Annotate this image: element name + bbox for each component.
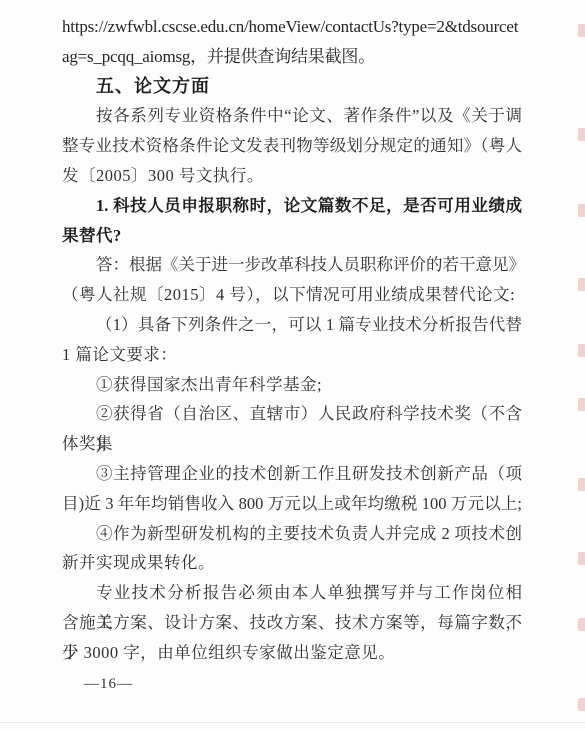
condition-item-2: ②获得省（自治区、直辖市）人民政府科学技术奖（不含集 — [62, 399, 522, 429]
scan-artifact-mark — [578, 204, 585, 217]
paragraph-line: 按各系列专业资格条件中“论文、著作条件”以及《关于调 — [62, 101, 522, 131]
url-line-1: https://zwfwbl.cscse.edu.cn/homeView/con… — [62, 12, 522, 42]
closing-paragraph: 含施工方案、设计方案、技改方案、技术方案等，每篇字数不少 — [62, 608, 522, 638]
condition-intro-line: 1 篇论文要求： — [62, 340, 522, 370]
question-line-2: 果替代? — [62, 221, 522, 251]
scan-artifact-mark — [578, 698, 585, 711]
condition-item-4: ④作为新型研发机构的主要技术负责人并完成 2 项技术创 — [62, 519, 522, 549]
document-scan-page: https://zwfwbl.cscse.edu.cn/homeView/con… — [0, 0, 585, 730]
condition-item-4-cont: 新并实现成果转化。 — [62, 548, 522, 578]
url-line-2: ag=s_pcqq_aiomsg，并提供查询结果截图。 — [62, 42, 522, 72]
answer-line: 答：根据《关于进一步改革科技人员职称评价的若干意见》 — [62, 250, 522, 280]
scan-artifact-mark — [578, 24, 585, 37]
question-line-1: 1. 科技人员申报职称时，论文篇数不足，是否可用业绩成 — [62, 191, 522, 221]
condition-intro-line: （1）具备下列条件之一，可以 1 篇专业技术分析报告代替 — [62, 310, 522, 340]
scan-artifact-mark — [578, 128, 585, 141]
condition-item-3-cont: 目)近 3 年年均销售收入 800 万元以上或年均缴税 100 万元以上; — [62, 489, 522, 519]
page-number: —16— — [84, 676, 133, 693]
closing-paragraph: 专业技术分析报告必须由本人单独撰写并与工作岗位相关， — [62, 578, 522, 608]
scan-artifact-mark — [578, 618, 585, 631]
scan-artifact-mark — [578, 478, 585, 491]
paragraph-line: 整专业技术资格条件论文发表刊物等级划分规定的通知》（粤人 — [62, 131, 522, 161]
answer-line: （粤人社规〔2015〕4 号），以下情况可用业绩成果替代论文: — [62, 280, 522, 310]
scan-artifact-mark — [578, 278, 585, 291]
closing-paragraph: 于 3000 字，由单位组织专家做出鉴定意见。 — [62, 638, 522, 668]
condition-item-2-cont: 体奖); — [62, 429, 522, 459]
condition-item-3: ③主持管理企业的技术创新工作且研发技术创新产品（项 — [62, 459, 522, 489]
condition-item-1: ①获得国家杰出青年科学基金; — [62, 370, 522, 400]
document-text-block: https://zwfwbl.cscse.edu.cn/homeView/con… — [62, 12, 522, 668]
scan-artifact-mark — [578, 344, 585, 357]
paragraph-line: 发〔2005〕300 号文执行。 — [62, 161, 522, 191]
section-heading: 五、论文方面 — [62, 72, 522, 102]
scan-artifact-mark — [578, 552, 585, 565]
scan-artifact-mark — [578, 398, 585, 411]
scan-edge-line — [0, 722, 585, 723]
